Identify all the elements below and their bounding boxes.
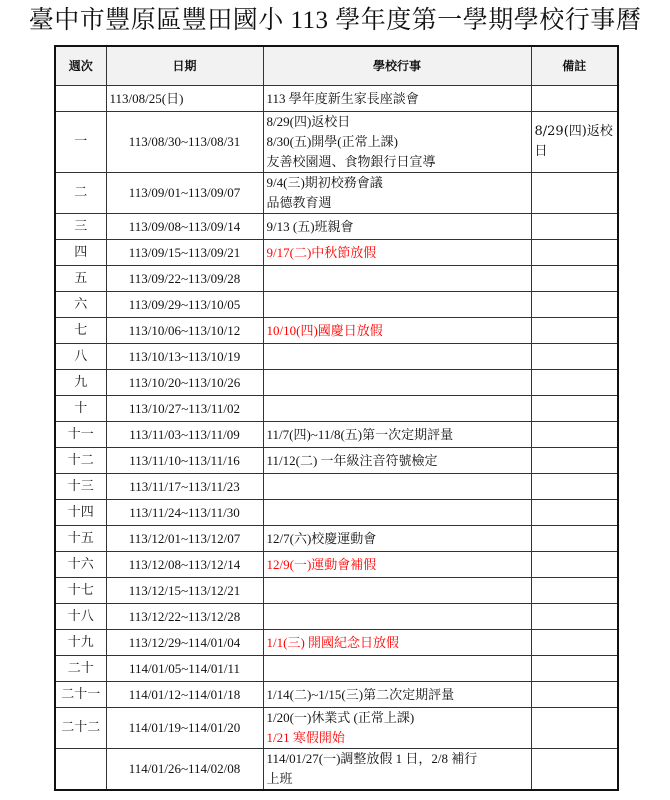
date-cell: 114/01/19~114/01/20 [106,708,263,749]
week-cell: 十四 [55,500,106,526]
page-title: 臺中市豐原區豐田國小 113 學年度第一學期學校行事曆 [0,6,670,36]
date-cell: 113/08/25(日) [106,86,263,112]
week-cell: 十五 [55,526,106,552]
note-cell [531,266,618,292]
week-cell: 四 [55,240,106,266]
event-text: 9/4(三)期初校務會議 [267,173,528,193]
table-row: 二十一114/01/12~114/01/181/14(二)~1/15(三)第二次… [55,682,618,708]
date-cell: 114/01/26~114/02/08 [106,749,263,791]
event-cell [263,266,531,292]
week-cell: 六 [55,292,106,318]
event-cell [263,578,531,604]
week-cell: 八 [55,344,106,370]
table-row: 十一113/11/03~113/11/0911/7(四)~11/8(五)第一次定… [55,422,618,448]
table-row: 113/08/25(日)113 學年度新生家長座談會 [55,86,618,112]
event-cell [263,604,531,630]
week-cell: 十一 [55,422,106,448]
table-row: 十九113/12/29~114/01/041/1(三) 開國紀念日放假 [55,630,618,656]
event-cell [263,370,531,396]
event-cell: 1/1(三) 開國紀念日放假 [263,630,531,656]
table-row: 九113/10/20~113/10/26 [55,370,618,396]
event-cell: 9/13 (五)班親會 [263,214,531,240]
note-cell [531,173,618,214]
event-cell [263,656,531,682]
note-cell [531,448,618,474]
event-cell [263,500,531,526]
note-cell [531,240,618,266]
note-cell [531,552,618,578]
week-cell: 二十 [55,656,106,682]
date-cell: 113/10/13~113/10/19 [106,344,263,370]
date-cell: 113/10/06~113/10/12 [106,318,263,344]
event-cell: 1/14(二)~1/15(三)第二次定期評量 [263,682,531,708]
date-cell: 113/08/30~113/08/31 [106,112,263,173]
week-cell: 七 [55,318,106,344]
week-cell: 十九 [55,630,106,656]
table-row: 十八113/12/22~113/12/28 [55,604,618,630]
note-cell [531,344,618,370]
event-text: 11/7(四)~11/8(五)第一次定期評量 [267,425,528,445]
header-note: 備註 [531,46,618,86]
week-cell: 十七 [55,578,106,604]
table-row: 十三113/11/17~113/11/23 [55,474,618,500]
date-cell: 113/11/17~113/11/23 [106,474,263,500]
event-cell [263,474,531,500]
table-row: 七113/10/06~113/10/1210/10(四)國慶日放假 [55,318,618,344]
event-text: 8/30(五)開學(正常上課) [267,132,528,152]
week-cell: 十 [55,396,106,422]
table-header-row: 週次 日期 學校行事 備註 [55,46,618,86]
event-cell: 8/29(四)返校日8/30(五)開學(正常上課)友善校園週、食物銀行日宣導 [263,112,531,173]
week-cell: 五 [55,266,106,292]
week-cell: 二十一 [55,682,106,708]
note-cell [531,474,618,500]
event-text: 1/20(一)休業式 (正常上課) [267,708,528,728]
event-cell: 12/7(六)校慶運動會 [263,526,531,552]
week-cell: 九 [55,370,106,396]
week-cell: 十八 [55,604,106,630]
event-cell: 114/01/27(一)調整放假 1 日，2/8 補行上班 [263,749,531,791]
table-row: 一113/08/30~113/08/318/29(四)返校日8/30(五)開學(… [55,112,618,173]
date-cell: 113/09/01~113/09/07 [106,173,263,214]
event-cell: 1/20(一)休業式 (正常上課)1/21 寒假開始 [263,708,531,749]
table-row: 十五113/12/01~113/12/0712/7(六)校慶運動會 [55,526,618,552]
event-text: 12/7(六)校慶運動會 [267,529,528,549]
event-cell: 11/12(二) 一年級注音符號檢定 [263,448,531,474]
table-row: 二十114/01/05~114/01/11 [55,656,618,682]
note-cell [531,500,618,526]
holiday-event-text: 10/10(四)國慶日放假 [267,321,528,341]
date-cell: 113/09/22~113/09/28 [106,266,263,292]
note-cell: 8/29(四)返校日 [531,112,618,173]
table-row: 十七113/12/15~113/12/21 [55,578,618,604]
note-cell [531,578,618,604]
holiday-event-text: 9/17(二)中秋節放假 [267,243,528,263]
date-cell: 113/11/03~113/11/09 [106,422,263,448]
table-row: 114/01/26~114/02/08114/01/27(一)調整放假 1 日，… [55,749,618,791]
header-week: 週次 [55,46,106,86]
note-cell [531,214,618,240]
week-cell: 十三 [55,474,106,500]
note-cell [531,656,618,682]
table-row: 十113/10/27~113/11/02 [55,396,618,422]
holiday-event-text: 1/1(三) 開國紀念日放假 [267,633,528,653]
event-text: 9/13 (五)班親會 [267,217,528,237]
week-cell: 二十二 [55,708,106,749]
event-text: 上班 [267,769,528,789]
event-text: 11/12(二) 一年級注音符號檢定 [267,451,528,471]
event-text: 113 學年度新生家長座談會 [267,89,528,109]
event-cell: 11/7(四)~11/8(五)第一次定期評量 [263,422,531,448]
table-row: 八113/10/13~113/10/19 [55,344,618,370]
note-cell [531,292,618,318]
note-cell [531,604,618,630]
note-cell [531,630,618,656]
week-cell [55,86,106,112]
table-row: 十六113/12/08~113/12/1412/9(一)運動會補假 [55,552,618,578]
table-row: 六113/09/29~113/10/05 [55,292,618,318]
week-cell: 一 [55,112,106,173]
event-text: 友善校園週、食物銀行日宣導 [267,152,528,172]
event-cell [263,344,531,370]
holiday-event-text: 1/21 寒假開始 [267,728,528,748]
date-cell: 113/09/15~113/09/21 [106,240,263,266]
event-cell: 12/9(一)運動會補假 [263,552,531,578]
table-row: 十二113/11/10~113/11/1611/12(二) 一年級注音符號檢定 [55,448,618,474]
date-cell: 113/10/20~113/10/26 [106,370,263,396]
event-cell: 113 學年度新生家長座談會 [263,86,531,112]
table-row: 四113/09/15~113/09/219/17(二)中秋節放假 [55,240,618,266]
date-cell: 113/12/22~113/12/28 [106,604,263,630]
week-cell: 十二 [55,448,106,474]
event-cell: 10/10(四)國慶日放假 [263,318,531,344]
event-cell [263,396,531,422]
date-cell: 113/11/24~113/11/30 [106,500,263,526]
note-cell [531,86,618,112]
date-cell: 114/01/12~114/01/18 [106,682,263,708]
date-cell: 113/09/08~113/09/14 [106,214,263,240]
table-row: 五113/09/22~113/09/28 [55,266,618,292]
note-cell [531,396,618,422]
event-text: 8/29(四)返校日 [267,112,528,132]
week-cell [55,749,106,791]
event-text: 1/14(二)~1/15(三)第二次定期評量 [267,685,528,705]
table-row: 三113/09/08~113/09/149/13 (五)班親會 [55,214,618,240]
note-cell [531,708,618,749]
note-cell [531,526,618,552]
school-calendar-table: 週次 日期 學校行事 備註 113/08/25(日)113 學年度新生家長座談會… [54,45,619,791]
header-event: 學校行事 [263,46,531,86]
date-cell: 113/12/15~113/12/21 [106,578,263,604]
event-cell: 9/4(三)期初校務會議品德教育週 [263,173,531,214]
event-cell: 9/17(二)中秋節放假 [263,240,531,266]
event-text: 114/01/27(一)調整放假 1 日，2/8 補行 [267,749,528,769]
table-row: 二113/09/01~113/09/079/4(三)期初校務會議品德教育週 [55,173,618,214]
date-cell: 113/12/29~114/01/04 [106,630,263,656]
date-cell: 114/01/05~114/01/11 [106,656,263,682]
holiday-event-text: 12/9(一)運動會補假 [267,555,528,575]
note-cell [531,749,618,791]
date-cell: 113/12/08~113/12/14 [106,552,263,578]
week-cell: 三 [55,214,106,240]
note-cell [531,682,618,708]
table-row: 二十二114/01/19~114/01/201/20(一)休業式 (正常上課)1… [55,708,618,749]
table-body: 113/08/25(日)113 學年度新生家長座談會一113/08/30~113… [55,86,618,791]
event-text: 品德教育週 [267,193,528,213]
date-cell: 113/09/29~113/10/05 [106,292,263,318]
week-cell: 十六 [55,552,106,578]
date-cell: 113/12/01~113/12/07 [106,526,263,552]
event-cell [263,292,531,318]
date-cell: 113/11/10~113/11/16 [106,448,263,474]
header-date: 日期 [106,46,263,86]
week-cell: 二 [55,173,106,214]
note-cell [531,422,618,448]
table-row: 十四113/11/24~113/11/30 [55,500,618,526]
date-cell: 113/10/27~113/11/02 [106,396,263,422]
note-cell [531,370,618,396]
note-cell [531,318,618,344]
